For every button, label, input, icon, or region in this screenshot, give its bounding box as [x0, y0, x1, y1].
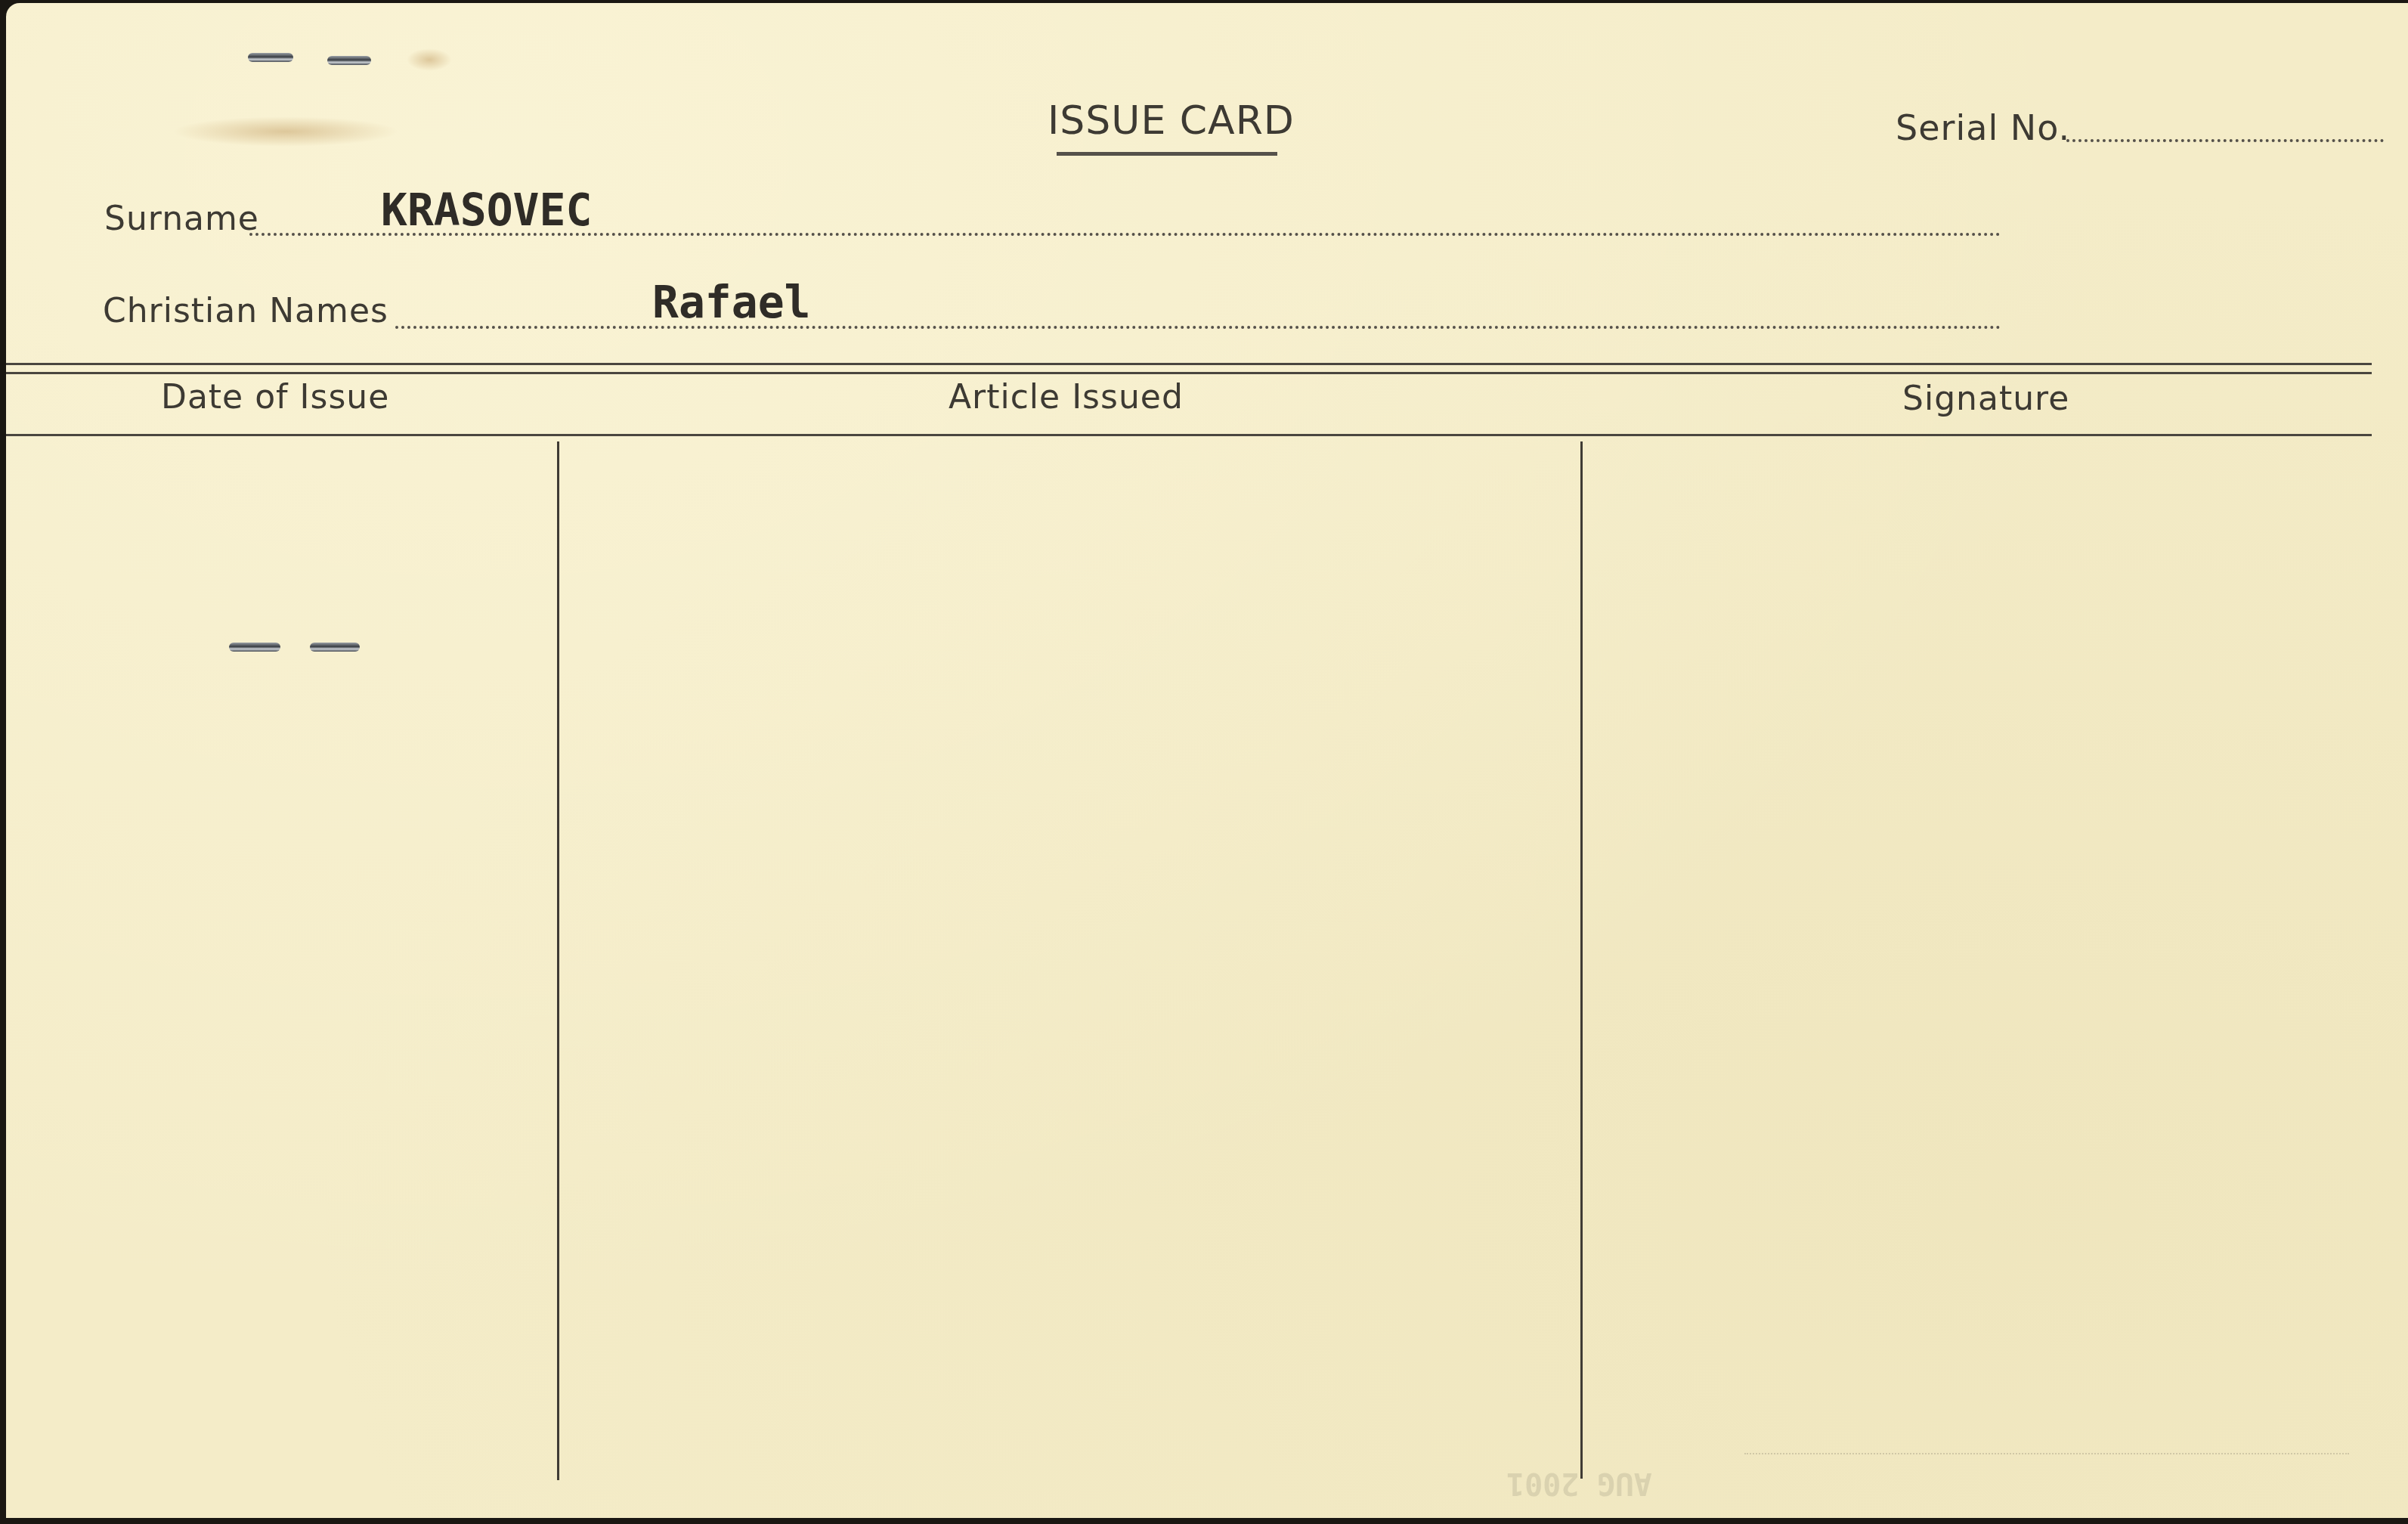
faint-stamp: AUG 2001 — [1506, 1466, 1652, 1501]
card-title: ISSUE CARD — [1048, 98, 1295, 144]
surname-label: Surname — [104, 200, 259, 238]
rust-stain — [407, 48, 452, 71]
serial-no-field[interactable] — [2066, 139, 2384, 142]
header-top-rule-2 — [6, 372, 2372, 374]
faint-dotted-line — [1744, 1453, 2349, 1454]
header-bottom-rule — [6, 434, 2372, 436]
surname-value: KRASOVEC — [381, 184, 592, 236]
column-header-date-of-issue: Date of Issue — [161, 378, 389, 417]
staple-top-left — [248, 53, 293, 62]
column-divider-1 — [557, 441, 559, 1480]
date-of-issue-column[interactable] — [6, 438, 556, 1480]
header-top-rule — [6, 363, 2372, 365]
christian-names-field[interactable] — [395, 326, 2001, 329]
column-divider-2 — [1580, 441, 1583, 1479]
title-underline — [1057, 152, 1277, 156]
staple-top-right — [327, 56, 371, 65]
staple-middle-left — [229, 643, 280, 652]
signature-column[interactable] — [1583, 438, 2369, 1480]
article-issued-column[interactable] — [560, 438, 1580, 1480]
column-header-article-issued: Article Issued — [949, 378, 1184, 417]
staple-middle-right — [310, 643, 360, 652]
christian-names-value: Rafael — [652, 277, 811, 328]
christian-names-label: Christian Names — [103, 292, 388, 330]
serial-no-label: Serial No. — [1896, 107, 2070, 148]
rust-stain — [172, 116, 399, 147]
issue-card: ISSUE CARD Serial No. Surname KRASOVEC C… — [6, 3, 2408, 1518]
column-header-signature: Signature — [1902, 379, 2069, 418]
